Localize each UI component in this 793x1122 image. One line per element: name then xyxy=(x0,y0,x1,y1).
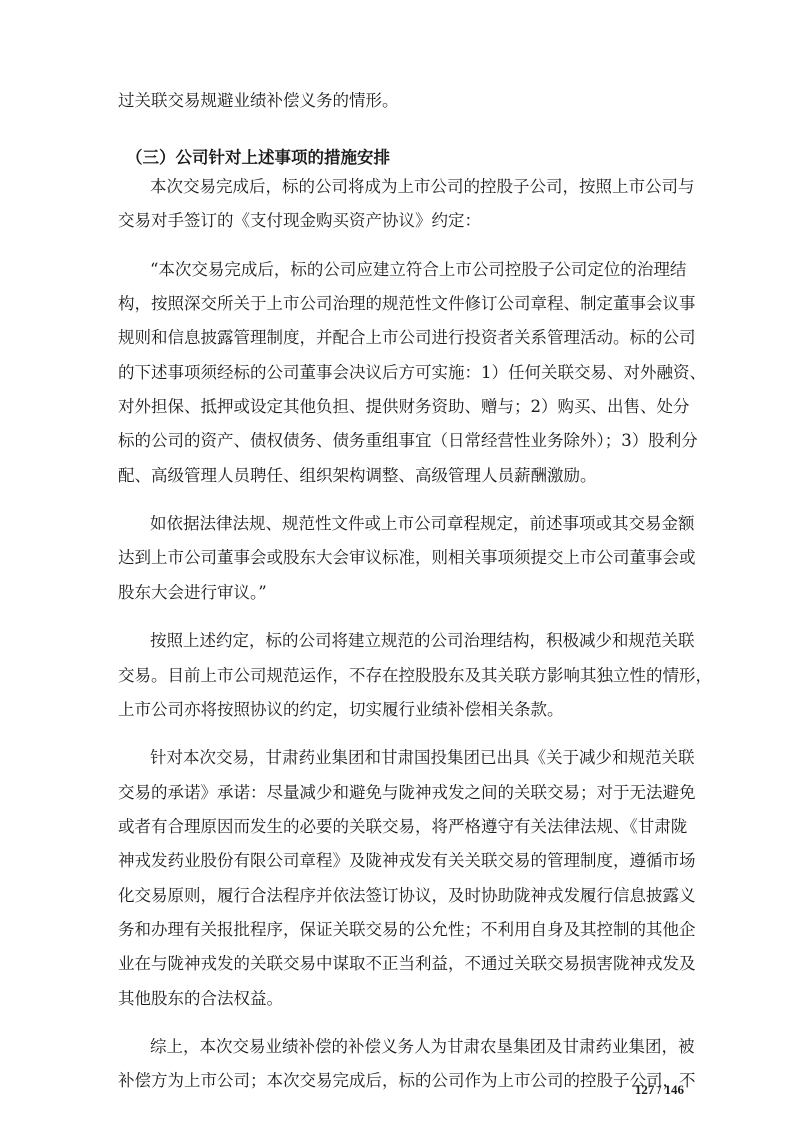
section-heading: （三）公司针对上述事项的措施安排 xyxy=(126,147,390,169)
quote-line: “本次交易完成后，标的公司应建立符合上市公司控股子公司定位的治理结 xyxy=(150,259,684,281)
paragraph-line: 本次交易完成后，标的公司将成为上市公司的控股子公司，按照上市公司与 xyxy=(150,176,684,198)
paragraph-line: 或者有合理原因而发生的必要的关联交易，将严格遵守有关法律法规、《甘肃陇 xyxy=(118,816,684,838)
quote-line: 股东大会进行审议。” xyxy=(118,582,684,604)
quote-line: 对外担保、抵押或设定其他负担、提供财务资助、赠与；2）购买、出售、处分 xyxy=(118,396,684,418)
quote-line: 标的公司的资产、债权债务、债务重组事宜（日常经营性业务除外）；3）股利分 xyxy=(118,430,684,452)
paragraph-line: 交易的承诺》承诺：尽量减少和避免与陇神戎发之间的关联交易；对于无法避免 xyxy=(118,782,684,804)
paragraph-line: 针对本次交易，甘肃药业集团和甘肃国投集团已出具《关于减少和规范关联 xyxy=(150,747,684,769)
page-number: 127 / 146 xyxy=(635,1082,684,1098)
paragraph-line: 其他股东的合法权益。 xyxy=(118,988,684,1010)
paragraph-line: 按照上述约定，标的公司将建立规范的公司治理结构，积极减少和规范关联 xyxy=(150,630,684,652)
paragraph-line: 补偿方为上市公司；本次交易完成后，标的公司作为上市公司的控股子公司，不 xyxy=(118,1070,684,1092)
paragraph-line: 交易。目前上市公司规范运作，不存在控股股东及其关联方影响其独立性的情形， xyxy=(118,665,684,687)
paragraph-line: 上市公司亦将按照协议的约定，切实履行业绩补偿相关条款。 xyxy=(118,699,684,721)
paragraph-line: 神戎发药业股份有限公司章程》及陇神戎发有关关联交易的管理制度，遵循市场 xyxy=(118,850,684,872)
quote-line: 的下述事项须经标的公司董事会决议后方可实施：1）任何关联交易、对外融资、 xyxy=(118,362,684,384)
quote-line: 达到上市公司董事会或股东大会审议标准，则相关事项须提交上市公司董事会或 xyxy=(118,547,684,569)
quote-line: 构，按照深交所关于上市公司治理的规范性文件修订公司章程、制定董事会议事 xyxy=(118,293,684,315)
paragraph-line: 业在与陇神戎发的关联交易中谋取不正当利益，不通过关联交易损害陇神戎发及 xyxy=(118,953,684,975)
document-page: 过关联交易规避业绩补偿义务的情形。 （三）公司针对上述事项的措施安排 本次交易完… xyxy=(0,0,793,1122)
quote-line: 如依据法律法规、规范性文件或上市公司章程规定，前述事项或其交易金额 xyxy=(150,513,684,535)
paragraph-line: 务和办理有关报批程序，保证关联交易的公允性；不利用自身及其控制的其他企 xyxy=(118,919,684,941)
paragraph-line: 交易对手签订的《支付现金购买资产协议》约定： xyxy=(118,210,684,232)
quote-line: 规则和信息披露管理制度，并配合上市公司进行投资者关系管理活动。标的公司 xyxy=(118,327,684,349)
paragraph-line: 过关联交易规避业绩补偿义务的情形。 xyxy=(118,90,684,112)
paragraph-line: 化交易原则，履行合法程序并依法签订协议，及时协助陇神戎发履行信息披露义 xyxy=(118,885,684,907)
quote-line: 配、高级管理人员聘任、组织架构调整、高级管理人员薪酬激励。 xyxy=(118,465,684,487)
paragraph-line: 综上，本次交易业绩补偿的补偿义务人为甘肃农垦集团及甘肃药业集团，被 xyxy=(150,1036,684,1058)
